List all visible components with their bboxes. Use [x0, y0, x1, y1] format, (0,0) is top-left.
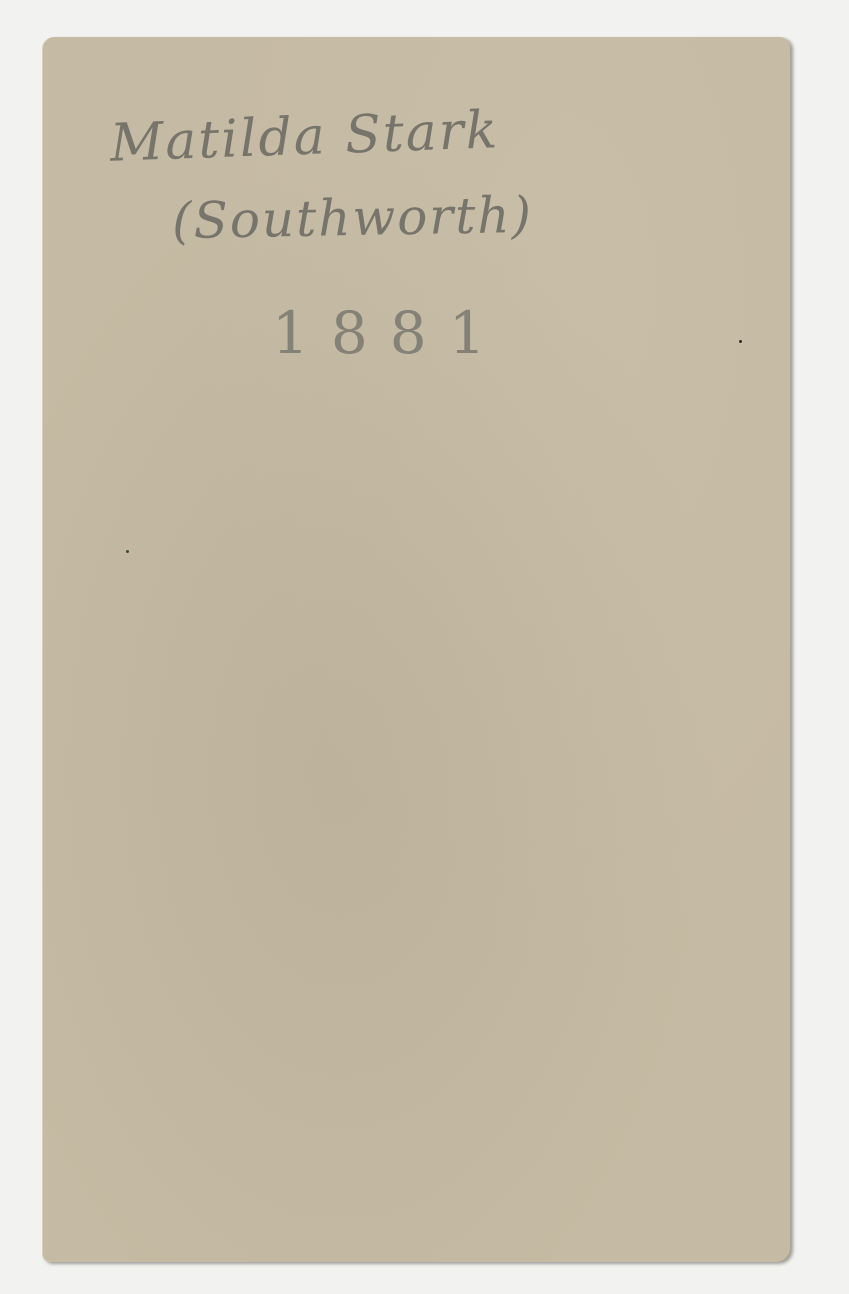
- ink-speck: [739, 340, 742, 343]
- photo-card-back: Matilda Stark (Southworth) 1881: [42, 37, 790, 1262]
- ink-speck: [126, 550, 129, 553]
- inscription-maiden-name: (Southworth): [172, 186, 534, 250]
- inscription-name: Matilda Stark: [109, 100, 500, 174]
- inscription-year: 1881: [272, 299, 508, 367]
